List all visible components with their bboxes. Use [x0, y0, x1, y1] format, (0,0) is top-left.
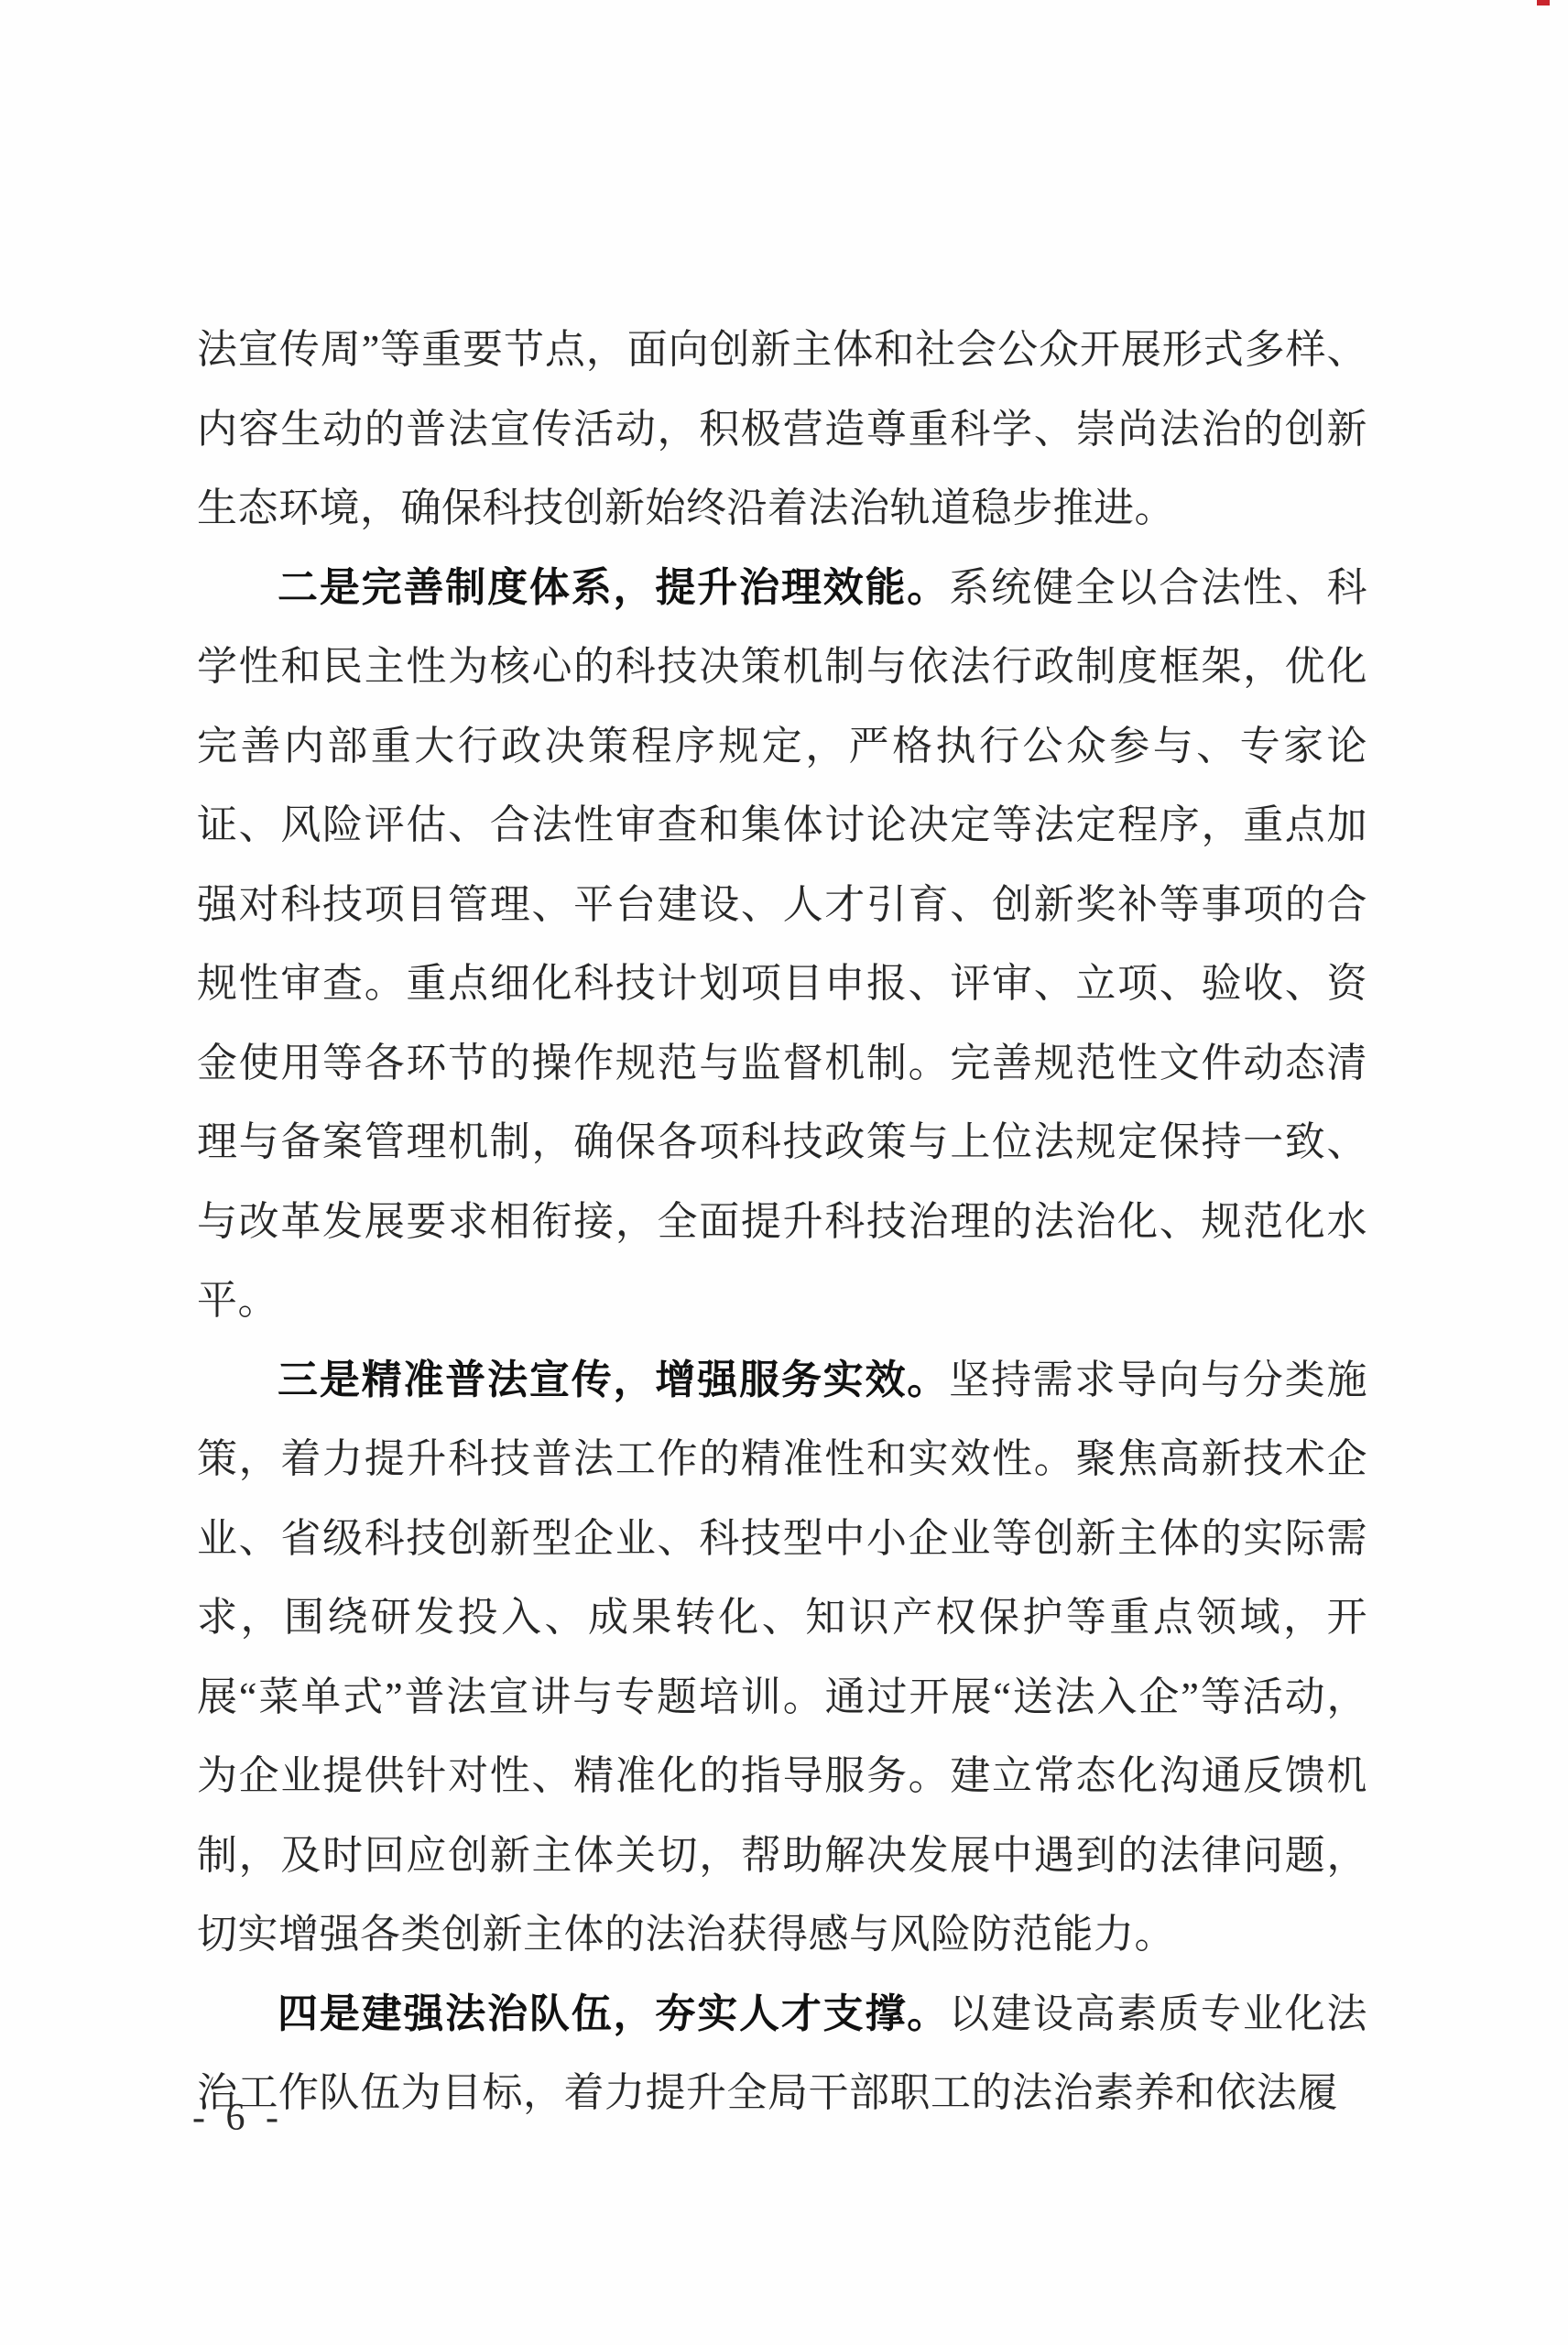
text-content: 法宣传周”等重要节点，面向创新主体和社会公众开展形式多样、内容生动的普法宣传活动… [197, 311, 1367, 2133]
document-page: 法宣传周”等重要节点，面向创新主体和社会公众开展形式多样、内容生动的普法宣传活动… [0, 0, 1568, 2345]
paragraph-body: 法宣传周”等重要节点，面向创新主体和社会公众开展形式多样、内容生动的普法宣传活动… [197, 327, 1367, 530]
paragraph: 四是建强法治队伍，夯实人才支撑。以建设高素质专业化法治工作队伍为目标，着力提升全… [197, 1975, 1367, 2133]
paragraph: 二是完善制度体系，提升治理效能。系统健全以合法性、科学性和民主性为核心的科技决策… [197, 549, 1367, 1341]
page-number: - 6 - [192, 2096, 284, 2140]
paragraph: 法宣传周”等重要节点，面向创新主体和社会公众开展形式多样、内容生动的普法宣传活动… [197, 311, 1367, 549]
paragraph: 三是精准普法宣传，增强服务实效。坚持需求导向与分类施策，着力提升科技普法工作的精… [197, 1341, 1367, 1975]
paragraph-lead: 二是完善制度体系，提升治理效能。 [278, 565, 949, 610]
paragraph-lead: 三是精准普法宣传，增强服务实效。 [278, 1358, 949, 1402]
red-stamp-fragment [1537, 0, 1550, 5]
paragraph-body: 系统健全以合法性、科学性和民主性为核心的科技决策机制与依法行政制度框架，优化完善… [197, 565, 1367, 1324]
paragraph-lead: 四是建强法治队伍，夯实人才支撑。 [278, 1991, 949, 2036]
paragraph-body: 坚持需求导向与分类施策，着力提升科技普法工作的精准性和实效性。聚焦高新技术企业、… [197, 1358, 1367, 1958]
